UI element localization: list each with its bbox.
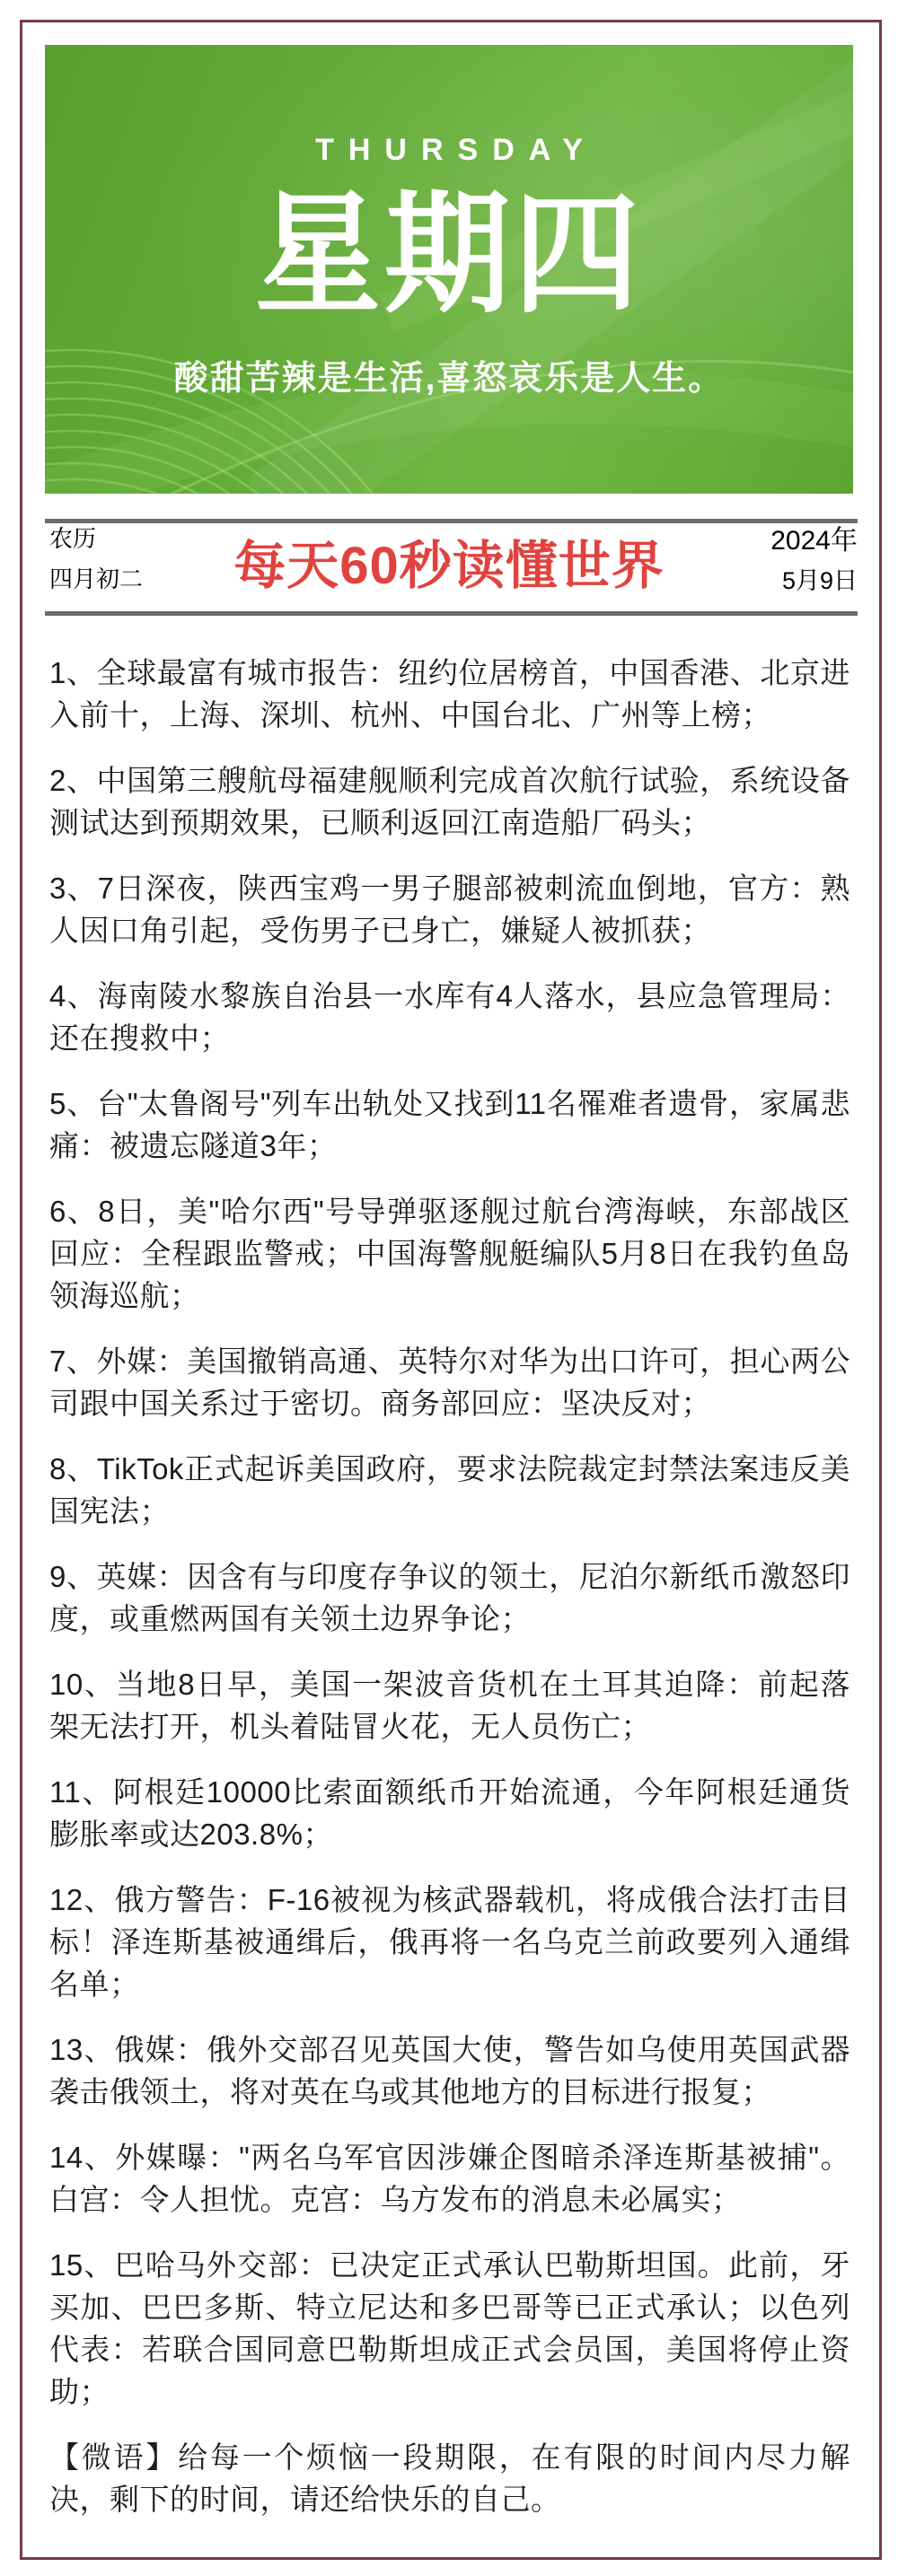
news-item-13: 13、俄媒：俄外交部召见英国大使，警告如乌使用英国武器袭击俄领土，将对英在乌或其… (49, 2028, 850, 2113)
news-item-10: 10、当地8日早，美国一架波音货机在土耳其迫降：前起落架无法打开，机头着陆冒火花… (49, 1663, 850, 1748)
news-item-8: 8、TikTok正式起诉美国政府，要求法院裁定封禁法案违反美国宪法； (49, 1448, 850, 1532)
news-item-9: 9、英媒：因含有与印度存争议的领土，尼泊尔新纸币激怒印度，或重燃两国有关领土边界… (49, 1555, 850, 1640)
news-item-15: 15、巴哈马外交部：已决定正式承认巴勒斯坦国。此前，牙买加、巴巴多斯、特立尼达和… (49, 2244, 850, 2413)
page-title: 每天60秒读懂世界 (0, 540, 898, 592)
news-item-12: 12、俄方警告：F-16被视为核武器载机，将成俄合法打击目标！泽连斯基被通缉后，… (49, 1879, 850, 2005)
header-banner: THURSDAY 星期四 酸甜苦辣是生活,喜怒哀乐是人生。 (45, 45, 853, 494)
weekday-english-label: THURSDAY (45, 135, 853, 165)
news-item-3: 3、7日深夜，陕西宝鸡一男子腿部被刺流血倒地，官方：熟人因口角引起，受伤男子已身… (49, 867, 850, 951)
weiyu-note: 【微语】给每一个烦恼一段期限，在有限的时间内尽力解决，剩下的时间，请还给快乐的自… (49, 2436, 850, 2520)
news-item-1: 1、全球最富有城市报告：纽约位居榜首，中国香港、北京进入前十，上海、深圳、杭州、… (49, 652, 850, 736)
date-bar-bottom-rule (45, 611, 858, 616)
news-digest-page: THURSDAY 星期四 酸甜苦辣是生活,喜怒哀乐是人生。 农历 四月初二 每天… (0, 0, 898, 2576)
news-item-14: 14、外媒曝："两名乌军官因涉嫌企图暗杀泽连斯基被捕"。白宫：令人担忧。克宫：乌… (49, 2136, 850, 2221)
news-item-2: 2、中国第三艘航母福建舰顺利完成首次航行试验，系统设备测试达到预期效果，已顺利返… (49, 759, 850, 844)
news-item-5: 5、台"太鲁阁号"列车出轨处又找到11名罹难者遗骨，家属悲痛：被遗忘隧道3年； (49, 1082, 850, 1167)
date-value: 5月9日 (770, 569, 858, 593)
weekday-chinese-label: 星期四 (45, 172, 853, 341)
news-item-6: 6、8日，美"哈尔西"号导弹驱逐舰过航台湾海峡，东部战区回应：全程跟监警戒；中国… (49, 1190, 850, 1317)
news-item-11: 11、阿根廷10000比索面额纸币开始流通，今年阿根廷通货膨胀率或达203.8%… (49, 1771, 850, 1855)
news-item-4: 4、海南陵水黎族自治县一水库有4人落水，县应急管理局：还在搜救中； (49, 975, 850, 1059)
gregorian-date-block: 2024年 5月9日 (770, 528, 858, 593)
year-value: 2024年 (770, 528, 858, 555)
news-list: 1、全球最富有城市报告：纽约位居榜首，中国香港、北京进入前十，上海、深圳、杭州、… (49, 652, 850, 2544)
date-bar-top-rule (45, 519, 858, 523)
header-motto: 酸甜苦辣是生活,喜怒哀乐是人生。 (45, 355, 853, 403)
news-item-7: 7、外媒：美国撤销高通、英特尔对华为出口许可，担心两公司跟中国关系过于密切。商务… (49, 1340, 850, 1424)
